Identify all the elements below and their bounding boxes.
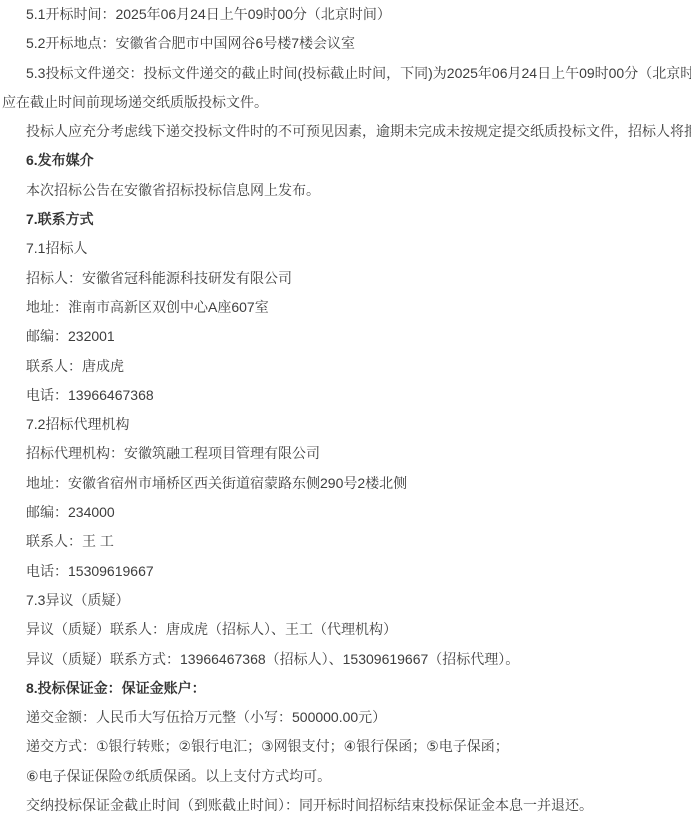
subheading-agency: 7.2招标代理机构	[2, 410, 689, 439]
line-agency-postcode: 邮编：234000	[2, 498, 689, 527]
subheading-tenderer: 7.1招标人	[2, 234, 689, 263]
line-publication-media-body: 本次招标公告在安徽省招标投标信息网上发布。	[2, 176, 689, 205]
line-tenderer-postcode: 邮编：232001	[2, 322, 689, 351]
line-tenderer-contact: 联系人：唐成虎	[2, 352, 689, 381]
line-deposit-amount: 递交金额：人民币大写伍拾万元整（小写：500000.00元）	[2, 703, 689, 732]
line-bid-opening-time: 5.1开标时间：2025年06月24日上午09时00分（北京时间）	[2, 0, 689, 29]
line-bid-opening-venue: 5.2开标地点：安徽省合肥市中国网谷6号楼7楼会议室	[2, 29, 689, 58]
line-tenderer-address: 地址：淮南市高新区双创中心A座607室	[2, 293, 689, 322]
heading-bid-deposit: 8.投标保证金：保证金账户：	[2, 674, 689, 703]
line-agency-address: 地址：安徽省宿州市埇桥区西关街道宿蒙路东侧290号2楼北侧	[2, 469, 689, 498]
line-agency-contact: 联系人：王 工	[2, 527, 689, 556]
line-tenderer-phone: 电话：13966467368	[2, 381, 689, 410]
line-bid-submission-part1: 5.3投标文件递交：投标文件递交的截止时间(投标截止时间，下同)为2025年06…	[2, 59, 689, 88]
line-agency-phone: 电话：15309619667	[2, 557, 689, 586]
line-deposit-deadline: 交纳投标保证金截止时间（到账截止时间）：同开标时间招标结束投标保证金本息一并退还…	[2, 791, 689, 816]
tender-announcement-document: 5.1开标时间：2025年06月24日上午09时00分（北京时间） 5.2开标地…	[0, 0, 691, 816]
line-deposit-methods-part1: 递交方式：①银行转账；②银行电汇；③网银支付；④银行保函；⑤电子保函；	[2, 732, 689, 761]
line-bid-submission-part2: 应在截止时间前现场递交纸质版投标文件。	[2, 88, 689, 117]
line-agency-name: 招标代理机构：安徽筑融工程项目管理有限公司	[2, 439, 689, 468]
heading-contact-info: 7.联系方式	[2, 205, 689, 234]
subheading-objection: 7.3异议（质疑）	[2, 586, 689, 615]
line-objection-contacts: 异议（质疑）联系人：唐成虎（招标人）、王工（代理机构）	[2, 615, 689, 644]
line-tenderer-name: 招标人：安徽省冠科能源科技研发有限公司	[2, 264, 689, 293]
line-deposit-methods-part2: ⑥电子保证保险⑦纸质保函。以上支付方式均可。	[2, 762, 689, 791]
heading-publication-media: 6.发布媒介	[2, 146, 689, 175]
line-objection-phones: 异议（质疑）联系方式：13966467368（招标人）、15309619667（…	[2, 645, 689, 674]
line-bid-submission-note: 投标人应充分考虑线下递交投标文件时的不可预见因素，逾期未完成未按规定提交纸质投标…	[2, 117, 689, 146]
